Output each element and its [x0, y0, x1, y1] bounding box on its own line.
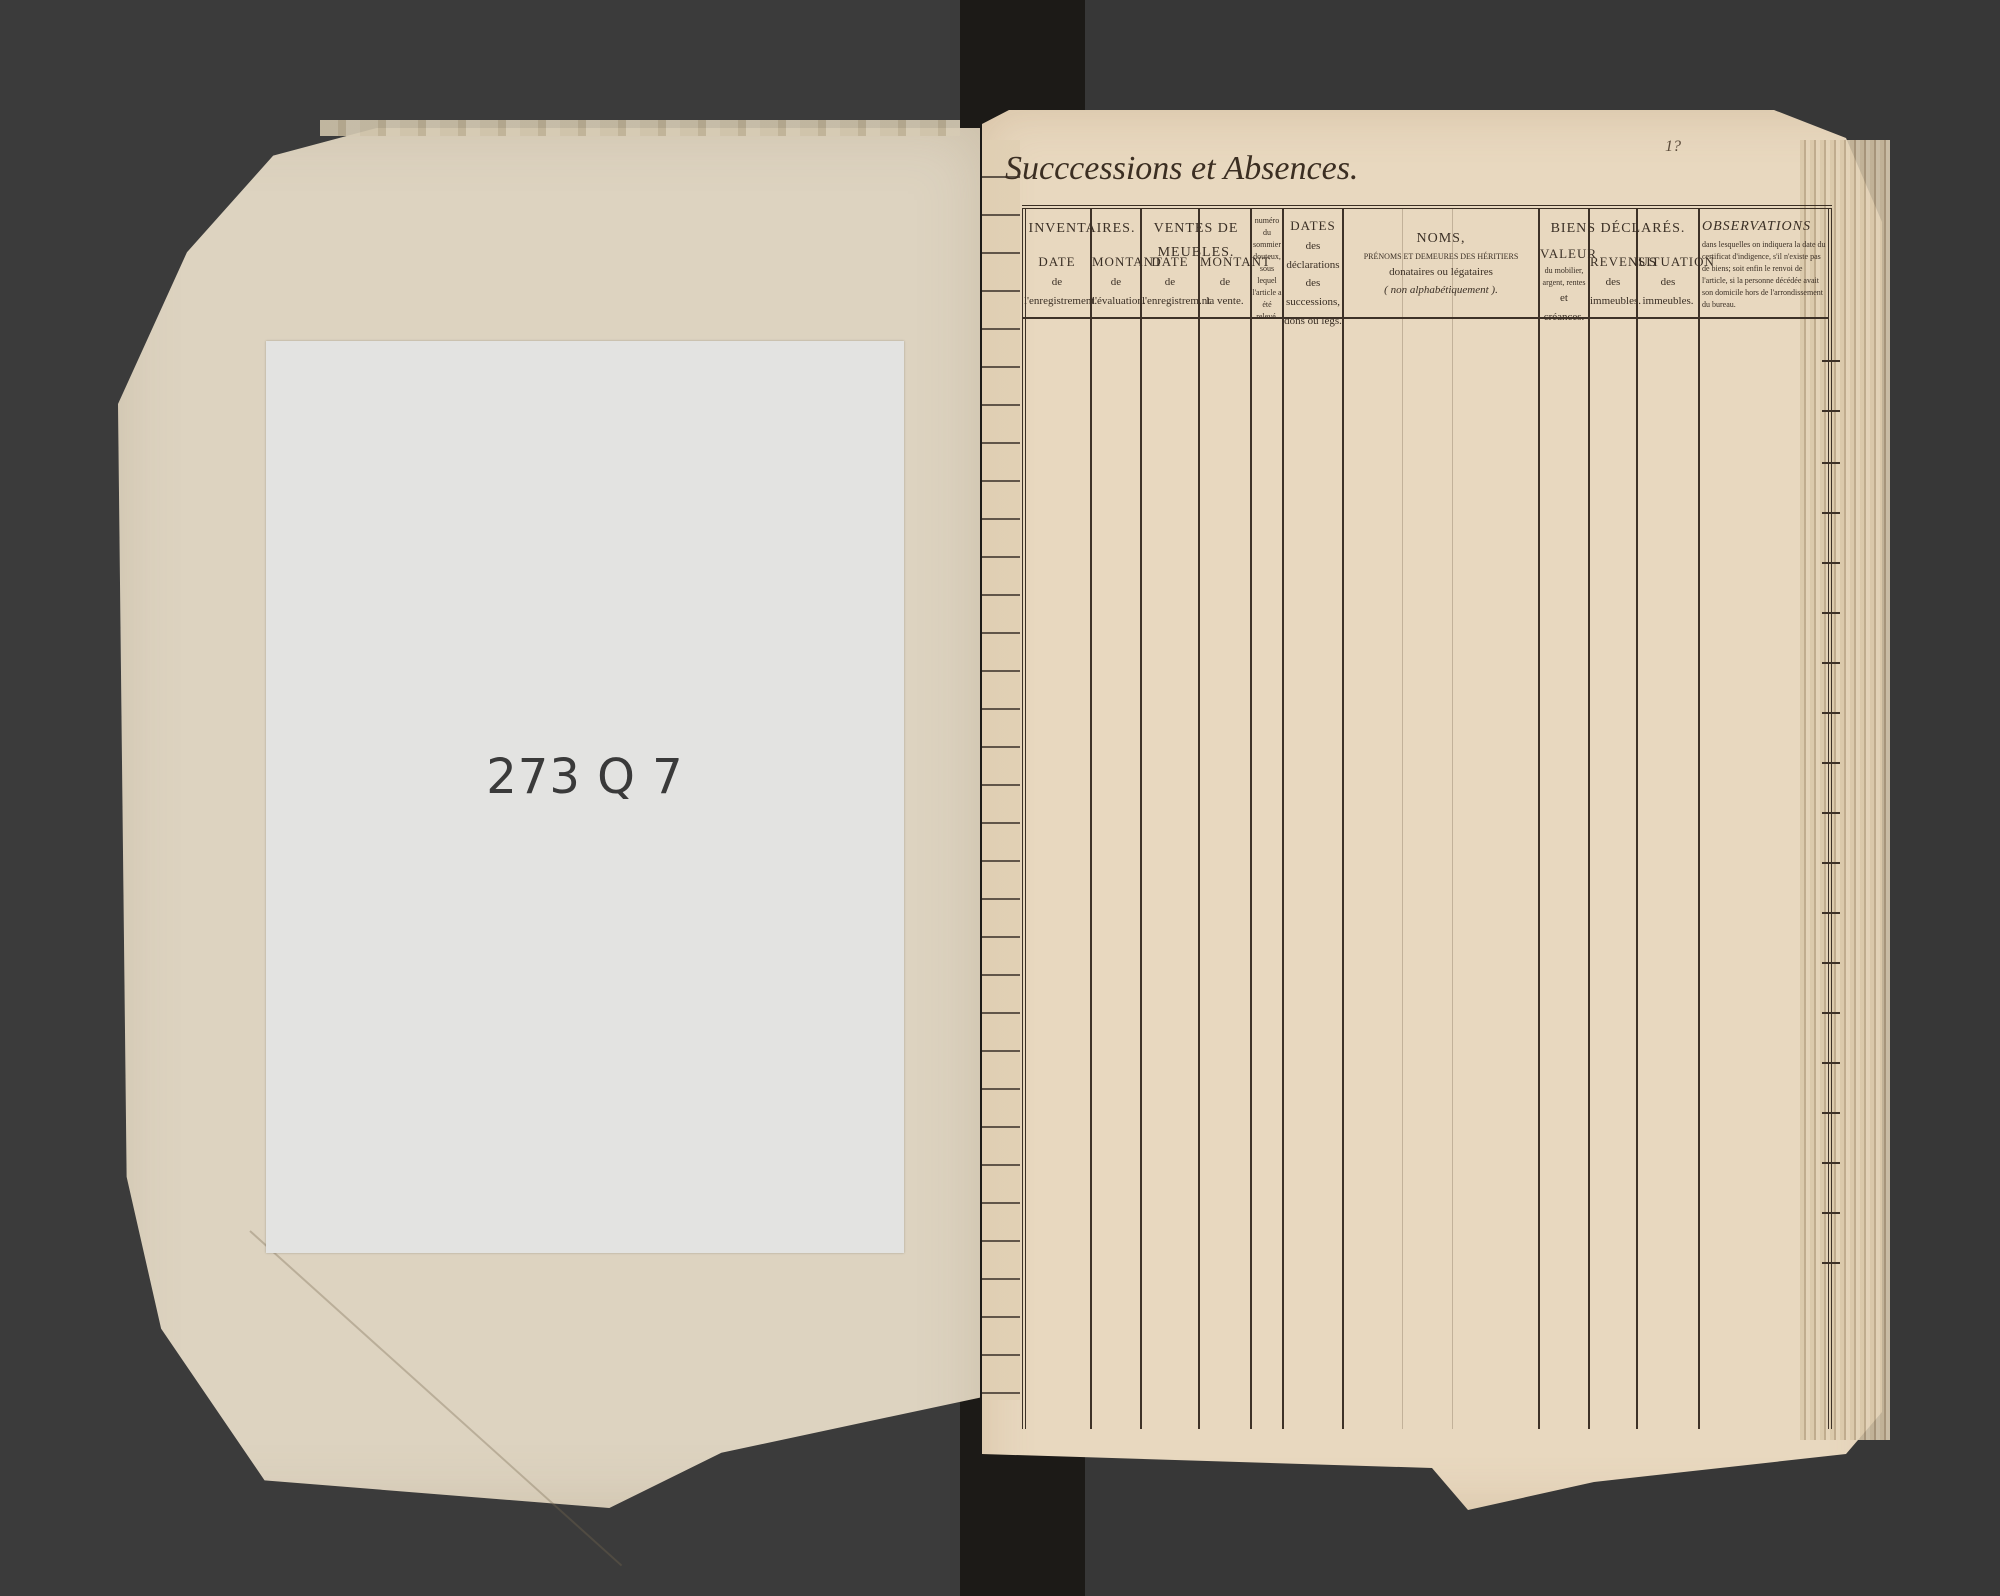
row-tick	[1822, 612, 1840, 614]
row-tick	[1822, 662, 1840, 664]
table-rule	[1402, 209, 1403, 1429]
row-tick	[1822, 1062, 1840, 1064]
row-tick	[1822, 562, 1840, 564]
register-form-table: INVENTAIRES. DATE de l'enregistrement. M…	[1022, 205, 1832, 1429]
header-group-biens: BIENS DÉCLARÉS.	[1540, 217, 1696, 241]
table-rule	[1342, 209, 1344, 1429]
header-biens-revenus: REVENUS des immeubles.	[1590, 251, 1636, 310]
table-rule	[1140, 209, 1142, 1429]
row-tick	[1822, 1162, 1840, 1164]
table-rule	[1538, 209, 1540, 1429]
table-rule	[1828, 209, 1832, 1429]
row-tick	[1822, 812, 1840, 814]
row-tick	[1822, 712, 1840, 714]
header-dates-declarations: DATES des déclarations des successions, …	[1284, 215, 1342, 331]
header-ventes-montant: MONTANT de la vente.	[1200, 251, 1250, 310]
row-tick	[1822, 862, 1840, 864]
header-ventes-date: DATE de l'enregistrem.nt	[1142, 251, 1198, 310]
header-inventaires-montant: MONTANT de l'évaluation.	[1092, 251, 1140, 310]
header-biens-valeur: VALEUR du mobilier, argent, rentes et cr…	[1540, 243, 1588, 326]
header-observations: OBSERVATIONS dans lesquelles on indiquer…	[1702, 215, 1826, 311]
row-tick	[1822, 962, 1840, 964]
row-tick	[1822, 360, 1840, 362]
row-tick	[1822, 410, 1840, 412]
table-rule	[1198, 209, 1200, 1429]
row-tick	[1822, 1012, 1840, 1014]
header-group-inventaires: INVENTAIRES.	[1024, 217, 1140, 241]
row-tick	[1822, 462, 1840, 464]
row-tick	[1822, 1112, 1840, 1114]
torn-top-edge	[320, 120, 960, 136]
row-tick	[1822, 912, 1840, 914]
call-number-slip: 273 Q 7	[266, 341, 904, 1253]
table-rule	[1250, 209, 1252, 1429]
table-rule	[1588, 209, 1590, 1429]
header-biens-situation: SITUATION des immeubles.	[1638, 251, 1698, 310]
table-rule	[1698, 209, 1700, 1429]
header-noms: NOMS, PRÉNOMS ET DEMEURES DES HÉRITIERS …	[1344, 227, 1538, 300]
header-numero-sommier: numéro du sommier douteux, sous lequel l…	[1252, 215, 1282, 323]
row-tick	[1822, 762, 1840, 764]
row-tick	[1822, 512, 1840, 514]
binding-strip	[982, 140, 1020, 1400]
row-tick	[1822, 1212, 1840, 1214]
header-rule	[1022, 317, 1828, 319]
table-rule	[1636, 209, 1638, 1429]
form-title: Succcessions et Absences.	[1005, 150, 1358, 188]
table-rule	[1452, 209, 1453, 1429]
table-rule	[1090, 209, 1092, 1429]
table-rule	[1022, 209, 1026, 1429]
folio-mark: 1?	[1665, 138, 1681, 156]
header-inventaires-date: DATE de l'enregistrement.	[1024, 251, 1090, 310]
row-tick	[1822, 1262, 1840, 1264]
call-number: 273 Q 7	[486, 749, 683, 805]
table-rule	[1282, 209, 1284, 1429]
